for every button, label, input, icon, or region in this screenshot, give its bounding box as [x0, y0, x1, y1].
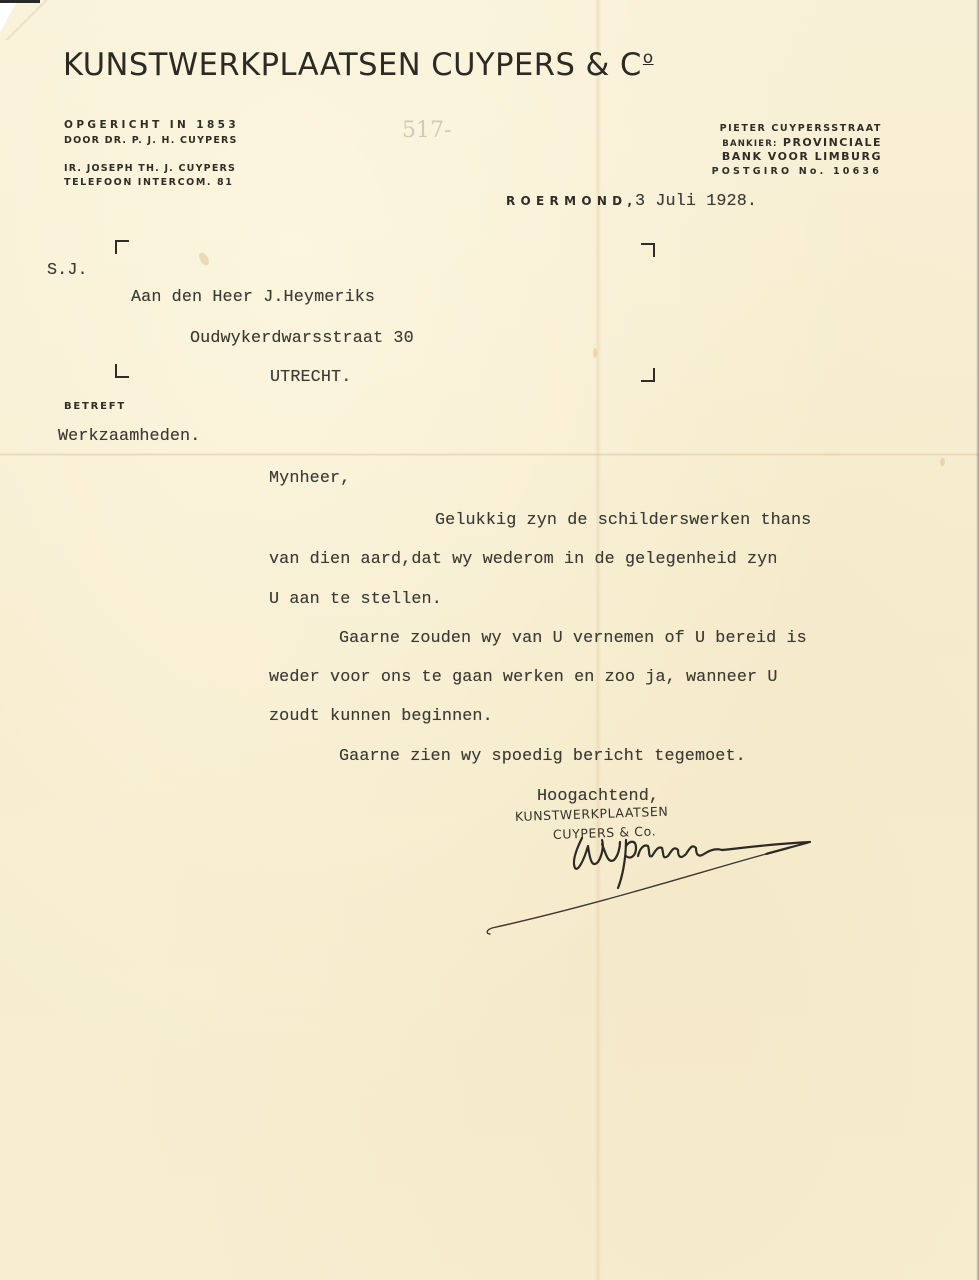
recipient-name: Aan den Heer J.Heymeriks: [131, 288, 375, 307]
handwritten-signature: [480, 820, 820, 940]
paper-stain: [593, 348, 597, 358]
body-line: Gaarne zouden wy van U vernemen of U ber…: [339, 629, 807, 648]
founded-line: OPGERICHT IN 1853: [64, 118, 239, 133]
body-line: Gelukkig zyn de schilderswerken thans: [435, 511, 811, 530]
subject-label: BETREFT: [64, 401, 126, 412]
director-line: IR. JOSEPH TH. J. CUYPERS: [64, 161, 236, 176]
telephone-line: TELEFOON INTERCOM. 81: [64, 175, 233, 190]
address-bracket-top-right: [641, 243, 655, 257]
recipient-street: Oudwykerdwarsstraat 30: [190, 329, 414, 348]
bank-label: BANKIER:: [722, 139, 777, 149]
address-bracket-bottom-right: [641, 368, 655, 382]
pencil-note: 517-: [402, 118, 451, 143]
body-line: U aan te stellen.: [269, 590, 442, 609]
address-bracket-bottom-left: [115, 364, 129, 378]
closing: Hoogachtend,: [537, 787, 659, 806]
recipient-city: UTRECHT.: [270, 368, 351, 387]
subject-text: Werkzaamheden.: [58, 427, 200, 446]
postgiro-line: POSTGIRO No. 10636: [712, 164, 882, 179]
street-line: PIETER CUYPERSSTRAAT: [720, 121, 882, 136]
salutation: Mynheer,: [269, 469, 350, 488]
horizontal-fold-line: [0, 453, 979, 456]
bank-name-part1: PROVINCIALE: [778, 136, 882, 149]
place-label: ROERMOND,: [506, 194, 637, 208]
scan-top-edge: [0, 0, 40, 3]
folded-corner-crease: [0, 0, 52, 40]
address-bracket-top-left: [115, 240, 129, 254]
reference-initials: S.J.: [47, 261, 88, 280]
founder-line: DOOR DR. P. J. H. CUYPERS: [64, 133, 238, 148]
body-line: weder voor ons te gaan werken en zoo ja,…: [269, 668, 778, 687]
body-line: zoudt kunnen beginnen.: [269, 707, 493, 726]
letter-date: 3 Juli 1928.: [635, 192, 757, 211]
company-suffix: o: [643, 48, 654, 68]
body-line: van dien aard,dat wy wederom in de geleg…: [269, 550, 778, 569]
company-name: KUNSTWERKPLAATSEN CUYPERS & C: [63, 47, 642, 83]
body-line: Gaarne zien wy spoedig bericht tegemoet.: [339, 747, 746, 766]
company-letterhead-title: KUNSTWERKPLAATSEN CUYPERS & Co: [63, 47, 654, 83]
paper-stain: [940, 458, 945, 466]
bank-name-line: BANK VOOR LIMBURG: [722, 149, 882, 164]
